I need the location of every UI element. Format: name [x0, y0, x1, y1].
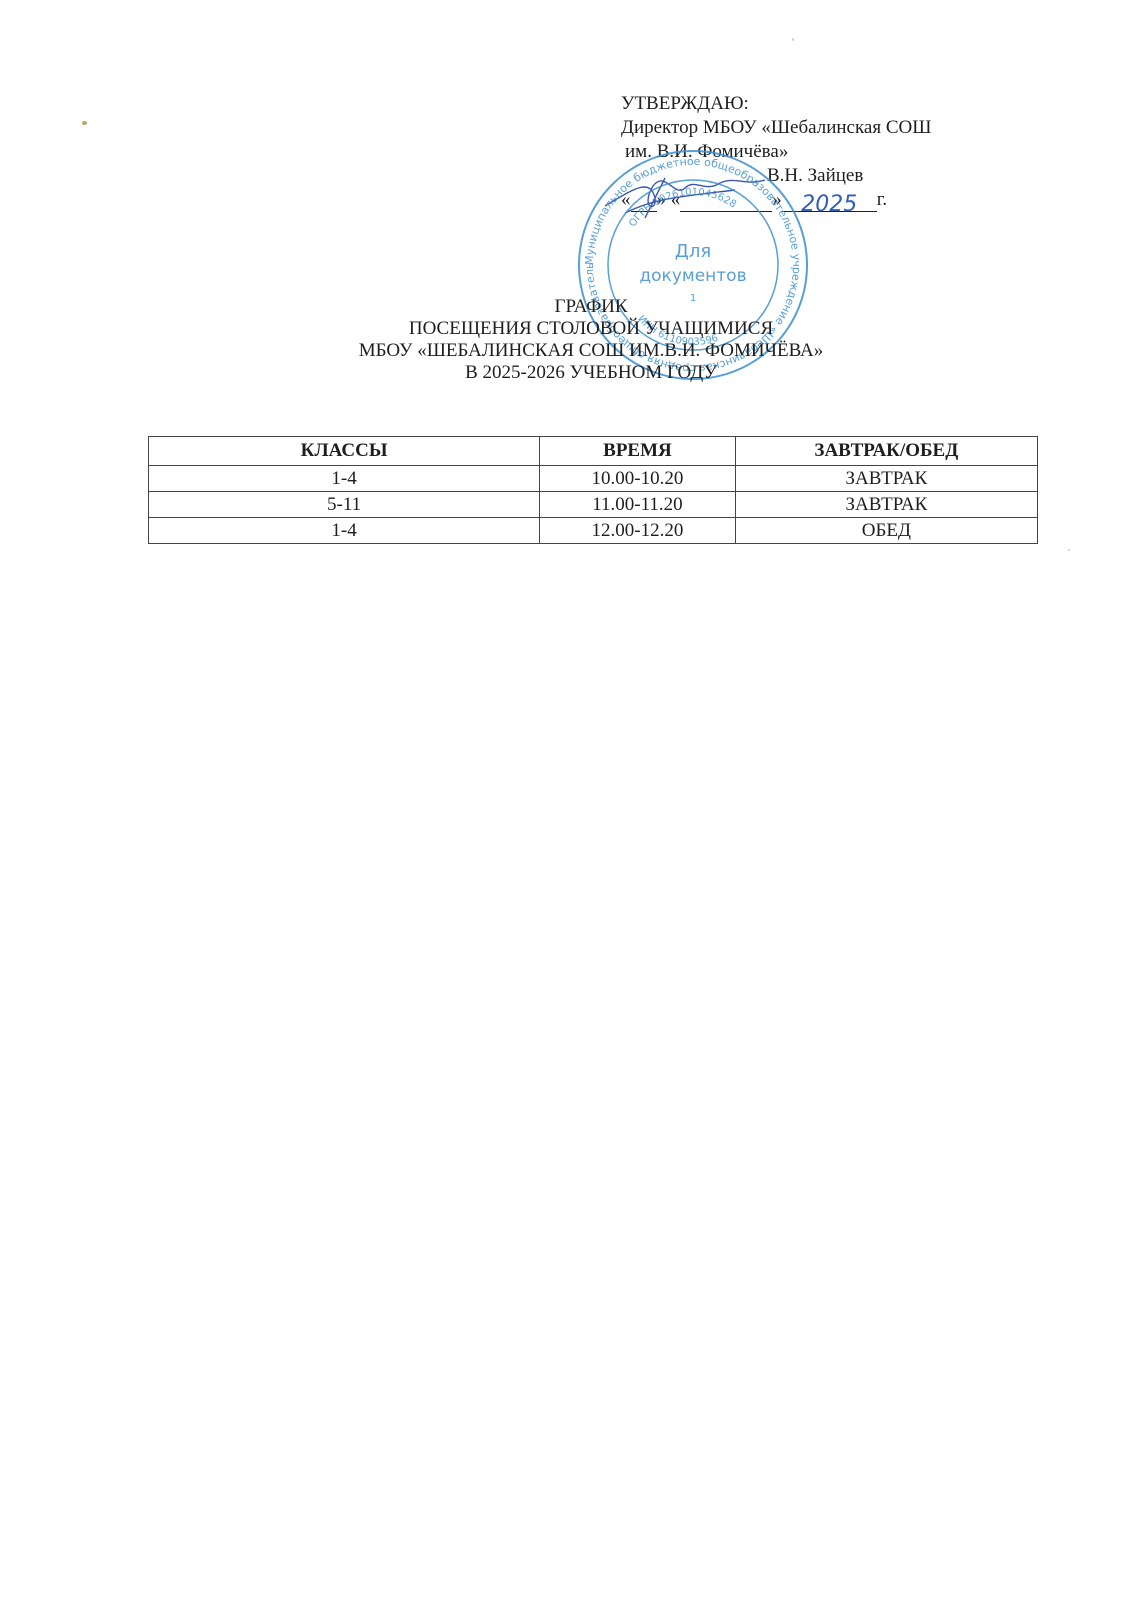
cell-meal: ЗАВТРАК — [735, 492, 1037, 518]
approval-signatory: В.Н. Зайцев — [621, 164, 931, 188]
year-suffix: г. — [877, 189, 887, 210]
scan-speck — [792, 38, 794, 41]
year-blank: 2025 — [782, 193, 877, 212]
handwritten-year: 2025 — [801, 192, 857, 217]
approval-heading: УТВЕРЖДАЮ: — [621, 92, 931, 116]
cell-classes: 5-11 — [149, 492, 540, 518]
date-mid-quote: » « — [657, 189, 681, 210]
svg-text:документов: документов — [639, 266, 746, 286]
table-header-row: КЛАССЫ ВРЕМЯ ЗАВТРАК/ОБЕД — [149, 437, 1038, 466]
day-blank — [631, 193, 657, 212]
scan-speck — [1068, 549, 1070, 551]
header-time: ВРЕМЯ — [540, 437, 736, 466]
month-blank — [680, 193, 772, 212]
header-classes: КЛАССЫ — [149, 437, 540, 466]
table-row: 5-11 11.00-11.20 ЗАВТРАК — [149, 492, 1038, 518]
approval-director-line: Директор МБОУ «Шебалинская СОШ — [621, 116, 931, 140]
date-open-quote: « — [621, 189, 631, 210]
canteen-schedule-table: КЛАССЫ ВРЕМЯ ЗАВТРАК/ОБЕД 1-4 10.00-10.2… — [148, 436, 1038, 544]
title-line-1: ГРАФИК — [0, 296, 1122, 318]
title-line-4: В 2025-2026 УЧЕБНОМ ГОДУ — [0, 362, 1122, 384]
header-meal: ЗАВТРАК/ОБЕД — [735, 437, 1037, 466]
approval-school-name: им. В.И. Фомичёва» — [621, 140, 931, 164]
title-line-2: ПОСЕЩЕНИЯ СТОЛОВОЙ УЧАЩИМИСЯ — [0, 318, 1122, 340]
cell-time: 12.00-12.20 — [540, 518, 736, 544]
cell-time: 11.00-11.20 — [540, 492, 736, 518]
cell-meal: ОБЕД — [735, 518, 1037, 544]
table-row: 1-4 12.00-12.20 ОБЕД — [149, 518, 1038, 544]
date-close-quote: » — [772, 189, 782, 210]
approval-block: УТВЕРЖДАЮ: Директор МБОУ «Шебалинская СО… — [621, 92, 931, 212]
approval-date-line: «» «»2025г. — [621, 188, 931, 212]
title-line-3: МБОУ «ШЕБАЛИНСКАЯ СОШ ИМ.В.И. ФОМИЧЁВА» — [0, 340, 1122, 362]
cell-time: 10.00-10.20 — [540, 466, 736, 492]
cell-classes: 1-4 — [149, 466, 540, 492]
cell-classes: 1-4 — [149, 518, 540, 544]
cell-meal: ЗАВТРАК — [735, 466, 1037, 492]
scan-speck — [82, 121, 87, 125]
table-row: 1-4 10.00-10.20 ЗАВТРАК — [149, 466, 1038, 492]
svg-text:Для: Для — [675, 241, 711, 262]
document-title: ГРАФИК ПОСЕЩЕНИЯ СТОЛОВОЙ УЧАЩИМИСЯ МБОУ… — [0, 296, 1122, 384]
